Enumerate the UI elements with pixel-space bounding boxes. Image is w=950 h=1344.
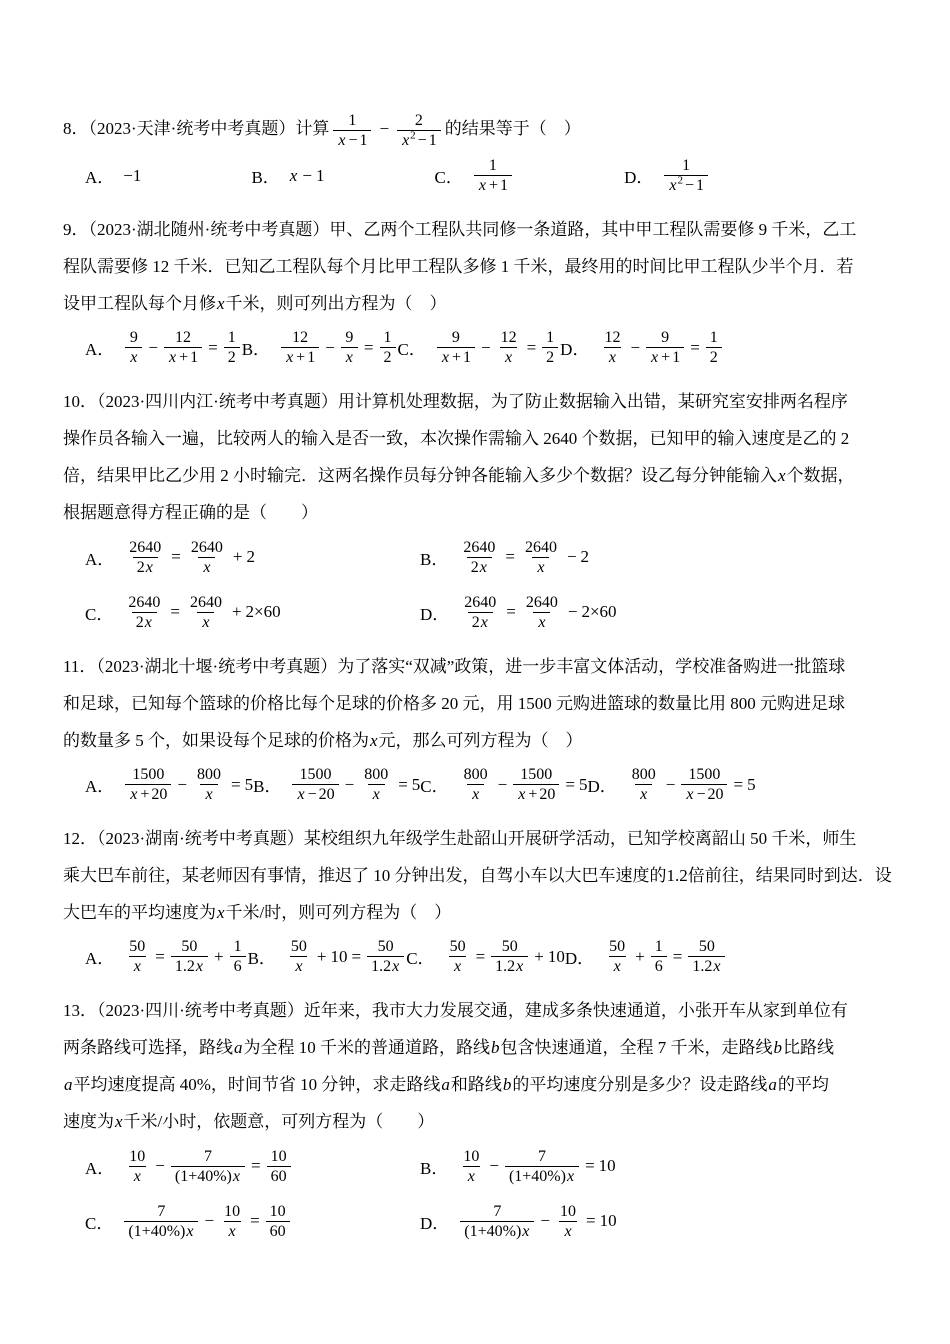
fraction: 800x: [628, 765, 660, 804]
math-variable: x: [294, 957, 303, 976]
question-12-option-d: D．50x+16=501.2x: [565, 937, 728, 976]
text-run: 9: [345, 328, 353, 347]
text-run: 12: [175, 328, 191, 347]
math-variable: x: [202, 558, 211, 577]
math-expression: 12x−9x+1=12: [598, 328, 723, 367]
text-run: 6: [234, 957, 242, 976]
text-run: 1: [316, 166, 325, 186]
math-operator: −: [685, 176, 694, 195]
fraction-denominator: x: [559, 1221, 576, 1241]
text-run: 1: [228, 328, 236, 347]
math-variable: a: [440, 1066, 451, 1103]
fraction-numerator: 1: [678, 156, 694, 175]
text-run: 5: [412, 775, 421, 795]
fraction: 10x: [125, 1147, 149, 1186]
math-expression: 9x−12x+1=12: [123, 328, 241, 367]
question-11-stem-line-2: 和足球，已知每个篮球的价格比每个足球的价格多 20 元，用 1500 元购进篮球…: [63, 685, 900, 722]
text-run: 60: [271, 1167, 287, 1186]
question-9-stem-line-3: 设甲工程队每个月修 x 千米，则可列出方程为（ ）: [63, 285, 900, 322]
math-expression: 1500x+20−800x=5: [123, 765, 253, 804]
fraction-numerator: 7: [153, 1202, 169, 1221]
math-operator: +: [317, 947, 327, 967]
fraction-numerator: 800: [193, 765, 225, 784]
fraction-numerator: 1: [344, 111, 360, 130]
text-run: 2640: [129, 538, 161, 557]
text-run: 11．（2023·湖北十堰·统考中考真题）为了落实“双减”政策，进一步丰富文体活…: [63, 648, 845, 685]
text-run: 10: [600, 1211, 617, 1231]
fraction: 7(1+40%)x: [171, 1147, 245, 1186]
question-9-options: A．9x−12x+1=12B．12x+1−9x=12C．9x+1−12x=12D…: [85, 322, 710, 374]
question-13-option-b: B．10x−7(1+40%)x=10: [420, 1140, 616, 1193]
math-variable: x: [504, 348, 513, 367]
fraction-numerator: 1: [542, 328, 558, 347]
math-variable: x: [133, 957, 142, 976]
fraction: 50x: [287, 937, 311, 976]
question-12-stem-line-2: 乘大巴车前往，某老师因有事情，推迟了 10 分钟出发，自驾小车以大巴车速度的1.…: [63, 857, 900, 894]
question-13-stem-line-1: 13．（2023·四川·统考中考真题）近年来，我市大力发展交通，建成多条快速通道…: [63, 992, 900, 1029]
math-operator: +: [452, 348, 461, 367]
text-run: 2640: [191, 538, 223, 557]
text-run: 1: [307, 348, 315, 367]
fraction: 12: [224, 328, 240, 367]
math-operator: =: [690, 338, 700, 358]
text-run: 2640: [190, 593, 222, 612]
question-8-options: A．−1B．x−1C．1x+1D．1x2−1: [85, 150, 710, 202]
fraction: 1500x−20: [292, 765, 338, 804]
text-run: 7: [157, 1202, 165, 1221]
fraction-numerator: 1500: [296, 765, 336, 784]
text-run: 1.2: [175, 957, 195, 976]
option-label: C．: [406, 944, 434, 969]
text-run: 1: [463, 348, 471, 367]
text-run: 1: [655, 937, 663, 956]
text-run: 20: [151, 785, 167, 804]
math-operator: −: [155, 1156, 165, 1176]
text-run: 大巴车的平均速度为: [63, 894, 216, 931]
math-expression: 10x−7(1+40%)x=10: [457, 1147, 615, 1186]
fraction-denominator: 2x: [132, 612, 157, 632]
fraction: 1x−1: [333, 111, 371, 150]
text-run: 2: [136, 613, 144, 632]
fraction-denominator: x−20: [292, 784, 338, 804]
option-label: B．: [420, 545, 448, 570]
text-run: 20: [539, 785, 555, 804]
text-run: 操作员各输入一遍，比较两人的输入是否一致，本次操作需输入 2640 个数据，已知…: [63, 420, 849, 457]
math-variable: x: [185, 1222, 194, 1241]
fraction-denominator: 2: [542, 347, 558, 367]
text-run: 10: [560, 1202, 576, 1221]
fraction-denominator: x: [197, 612, 214, 632]
text-run: 2640: [128, 593, 160, 612]
fraction: 800x: [193, 765, 225, 804]
fraction: 12: [380, 328, 396, 367]
superscript: 2: [677, 175, 683, 187]
fraction-numerator: 7: [534, 1147, 550, 1166]
math-operator: =: [565, 775, 575, 795]
fraction-numerator: 1: [485, 156, 501, 175]
text-run: 平均速度提高 40%，时间节省 10 分钟，求走路线: [74, 1066, 441, 1103]
fraction: 501.2x: [171, 937, 208, 976]
text-run: 1: [710, 328, 718, 347]
text-run: 50: [502, 937, 518, 956]
fraction-denominator: x+1: [164, 347, 202, 367]
math-expression: −1: [123, 166, 141, 186]
math-operator: +: [635, 947, 645, 967]
math-expression: 26402x=2640x−2×60: [458, 593, 616, 632]
fraction-denominator: x: [290, 956, 307, 976]
math-expression: 800x−1500x−20=5: [626, 765, 756, 804]
math-variable: x: [145, 558, 154, 577]
option-label: D．: [560, 335, 589, 360]
fraction-numerator: 1: [651, 937, 667, 956]
fraction: 10x: [220, 1202, 244, 1241]
text-run: 7: [538, 1147, 546, 1166]
question-10-option-d: D．26402x=2640x−2×60: [420, 586, 617, 639]
text-run: 10: [224, 1202, 240, 1221]
fraction-numerator: 50: [695, 937, 719, 956]
math-variable: x: [521, 1222, 530, 1241]
math-operator: −: [177, 775, 187, 795]
superscript: 2: [410, 129, 416, 141]
fraction: 9x+1: [437, 328, 475, 367]
option-label: D．: [565, 944, 594, 969]
math-operator: −: [148, 338, 158, 358]
math-operator: −: [481, 338, 491, 358]
text-run: 13．（2023·四川·统考中考真题）近年来，我市大力发展交通，建成多条快速通道…: [63, 992, 848, 1029]
math-variable: b: [490, 1029, 501, 1066]
fraction-numerator: 2640: [125, 538, 165, 557]
math-operator: =: [155, 947, 165, 967]
question-13-option-d: D．7(1+40%)x−10x=10: [420, 1195, 617, 1248]
question-9-stem-line-2: 程队需要修 12 千米．已知乙工程队每个月比甲工程队多修 1 千米，最终用的时间…: [63, 248, 900, 285]
question-10-stem-line-2: 操作员各输入一遍，比较两人的输入是否一致，本次操作需输入 2640 个数据，已知…: [63, 420, 900, 457]
fraction-denominator: x+1: [474, 175, 512, 195]
math-operator: =: [673, 947, 683, 967]
question-10: 10．（2023·四川内江·统考中考真题）用计算机处理数据，为了防止数据输入出错…: [63, 383, 900, 639]
fraction-numerator: 2640: [521, 538, 561, 557]
option-label: A．: [85, 545, 114, 570]
math-operator: −: [379, 110, 389, 147]
text-run: 1500: [132, 765, 164, 784]
text-run: 1: [546, 328, 554, 347]
math-operator: =: [231, 775, 241, 795]
fraction-numerator: 1: [380, 328, 396, 347]
math-expression: 1x2−1: [662, 156, 710, 195]
text-run: (1+40%): [128, 1222, 185, 1241]
fraction-denominator: x: [129, 956, 146, 976]
text-run: 800: [464, 765, 488, 784]
text-run: 10: [270, 1202, 286, 1221]
text-run: 速度为: [63, 1103, 114, 1140]
text-run: 倍，结果甲比乙少用 2 小时输完．这两名操作员每分钟各能输入多少个数据？设乙每分…: [63, 457, 777, 494]
math-operator: =: [251, 1156, 261, 1176]
fraction-denominator: x: [635, 784, 652, 804]
fraction-denominator: x+20: [125, 784, 171, 804]
text-run: 10．（2023·四川内江·统考中考真题）用计算机处理数据，为了防止数据输入出错…: [63, 383, 848, 420]
math-variable: x: [369, 722, 379, 759]
question-10-stem-line-4: 根据题意得方程正确的是（ ）: [63, 494, 900, 531]
fraction: 1500x−20: [681, 765, 727, 804]
text-run: 2: [228, 348, 236, 367]
question-10-option-a: A．26402x=2640x+2: [85, 531, 255, 584]
text-run: 2: [546, 348, 554, 367]
text-run: 1: [190, 348, 198, 367]
fraction-denominator: 1.2x: [171, 956, 208, 976]
fraction: 26402x: [459, 538, 499, 577]
question-11-option-a: A．1500x+20−800x=5: [85, 765, 253, 804]
option-label: A．: [85, 1154, 114, 1179]
fraction-denominator: 1.2x: [491, 956, 528, 976]
math-variable: x: [133, 1167, 142, 1186]
text-run: 10: [271, 1147, 287, 1166]
math-variable: x: [712, 957, 721, 976]
fraction-numerator: 7: [200, 1147, 216, 1166]
question-10-option-b: B．26402x=2640x−2: [420, 531, 589, 584]
option-label: B．: [251, 163, 279, 188]
math-variable: x: [114, 1103, 124, 1140]
text-run: 9．（2023·湖北随州·统考中考真题）甲、乙两个工程队共同修一条道路，其中甲工…: [63, 211, 856, 248]
question-8-option-c: C．1x+1: [435, 156, 514, 195]
text-run: 2: [137, 558, 145, 577]
math-operator: +: [489, 176, 498, 195]
text-run: 1.2: [692, 957, 712, 976]
fraction: 10x: [459, 1147, 483, 1186]
question-13-stem-line-2: 两条路线可选择，路线 a 为全程 10 千米的普通道路，路线 b 包含快速通道，…: [63, 1029, 900, 1066]
text-run: 9: [661, 328, 669, 347]
math-variable: x: [144, 613, 153, 632]
option-label: A．: [85, 944, 114, 969]
option-label: A．: [85, 335, 114, 360]
fraction: 16: [230, 937, 246, 976]
question-8-option-d: D．1x2−1: [624, 156, 710, 195]
math-operator: =: [398, 775, 408, 795]
text-run: 5: [245, 775, 254, 795]
question-9: 9．（2023·湖北随州·统考中考真题）甲、乙两个工程队共同修一条道路，其中甲工…: [63, 211, 900, 374]
text-run: 千米/小时，依题意，可列方程为（ ）: [124, 1103, 435, 1140]
math-variable: a: [233, 1029, 244, 1066]
fraction: 7(1+40%)x: [124, 1202, 198, 1241]
math-operator: =: [527, 338, 537, 358]
question-13-option-c: C．7(1+40%)x−10x=1060: [85, 1195, 292, 1248]
math-expression: 26402x=2640x+2: [123, 538, 255, 577]
math-operator: =: [170, 602, 180, 622]
fraction-numerator: 1: [224, 328, 240, 347]
math-expression: 10x−7(1+40%)x=1060: [123, 1147, 292, 1186]
math-variable: x: [453, 957, 462, 976]
math-operator: −: [204, 1211, 214, 1231]
math-variable: x: [650, 348, 659, 367]
math-expression: 50x=501.2x+10: [444, 937, 565, 976]
math-operator: −: [308, 785, 317, 804]
question-8-option-a: A．−1: [85, 163, 141, 188]
fraction-denominator: 6: [230, 956, 246, 976]
text-run: 5: [747, 775, 756, 795]
fraction: 1500x+20: [125, 765, 171, 804]
fraction-denominator: 2: [224, 347, 240, 367]
math-variable: x: [479, 558, 488, 577]
text-run: 1.2: [495, 957, 515, 976]
text-run: 12: [604, 328, 620, 347]
text-run: 程队需要修 12 千米．已知乙工程队每个月比甲工程队多修 1 千米，最终用的时间…: [63, 248, 854, 285]
text-run: 10: [548, 947, 565, 967]
fraction: 50x: [605, 937, 629, 976]
fraction-numerator: 7: [489, 1202, 505, 1221]
fraction: 12x: [600, 328, 624, 367]
text-run: 1: [489, 156, 497, 175]
fraction-denominator: 60: [266, 1221, 290, 1241]
math-expression: 50x=501.2x+16: [123, 937, 247, 976]
fraction-denominator: x: [198, 557, 215, 577]
question-12-option-a: A．50x=501.2x+16: [85, 937, 248, 976]
math-variable: x: [536, 558, 545, 577]
text-run: 50: [181, 937, 197, 956]
math-operator: +: [296, 348, 305, 367]
math-operator: =: [476, 947, 486, 967]
question-13: 13．（2023·四川·统考中考真题）近年来，我市大力发展交通，建成多条快速通道…: [63, 992, 900, 1248]
math-operator: =: [733, 775, 743, 795]
fraction-denominator: (1+40%)x: [460, 1221, 534, 1241]
fraction-numerator: 50: [177, 937, 201, 956]
math-operator: −: [345, 775, 355, 795]
fraction-denominator: 2: [706, 347, 722, 367]
math-expression: 1500x−20−800x=5: [290, 765, 420, 804]
text-run: 1500: [300, 765, 332, 784]
fraction: 16: [651, 937, 667, 976]
text-run: 的结果等于（ ）: [445, 110, 581, 147]
fraction: 2640x: [521, 538, 561, 577]
text-run: 2: [710, 348, 718, 367]
fraction: 12x+1: [164, 328, 202, 367]
question-13-options: A．10x−7(1+40%)x=1060B．10x−7(1+40%)x=10C．…: [85, 1140, 900, 1248]
fraction-numerator: 2640: [124, 593, 164, 612]
math-variable: x: [296, 785, 305, 804]
math-expression: 800x−1500x+20=5: [458, 765, 588, 804]
option-label: D．: [624, 163, 653, 188]
option-label: C．: [85, 600, 113, 625]
fraction-numerator: 10: [267, 1147, 291, 1166]
text-run: 的平均: [778, 1066, 829, 1103]
text-run: 800: [632, 765, 656, 784]
fraction-numerator: 50: [125, 937, 149, 956]
option-label: D．: [420, 600, 449, 625]
fraction-denominator: x: [463, 1166, 480, 1186]
question-10-options: A．26402x=2640x+2B．26402x=2640x−2C．26402x…: [85, 531, 900, 639]
option-label: A．: [85, 163, 114, 188]
text-run: 设甲工程队每个月修: [63, 285, 216, 322]
fraction-denominator: x: [125, 347, 142, 367]
text-run: 50: [291, 937, 307, 956]
math-variable: x: [232, 1167, 241, 1186]
math-operator: =: [586, 1211, 596, 1231]
fraction-numerator: 10: [266, 1202, 290, 1221]
math-variable: x: [195, 957, 204, 976]
math-variable: x: [204, 785, 213, 804]
math-operator: =: [585, 1156, 595, 1176]
fraction-denominator: x: [533, 612, 550, 632]
text-run: 50: [378, 937, 394, 956]
fraction-numerator: 2: [411, 111, 427, 130]
fraction: 800x: [360, 765, 392, 804]
question-9-option-d: D．12x−9x+1=12: [560, 328, 724, 367]
fraction-denominator: x: [467, 784, 484, 804]
fraction: 1x2−1: [664, 156, 708, 195]
question-12-stem-line-1: 12．（2023·湖南·统考中考真题）某校组织九年级学生赴韶山开展研学活动，已知…: [63, 820, 900, 857]
option-label: B．: [248, 944, 276, 969]
question-13-stem-line-3: a 平均速度提高 40%，时间节省 10 分钟，求走路线 a 和路线 b 的平均…: [63, 1066, 900, 1103]
math-variable: x: [515, 957, 524, 976]
question-11-options: A．1500x+20−800x=5B．1500x−20−800x=5C．800x…: [85, 759, 710, 811]
question-9-stem-line-1: 9．（2023·湖北随州·统考中考真题）甲、乙两个工程队共同修一条道路，其中甲工…: [63, 211, 900, 248]
math-variable: a: [767, 1066, 778, 1103]
math-variable: x: [337, 131, 346, 150]
text-run: 9: [452, 328, 460, 347]
question-10-stem-line-3: 倍，结果甲比乙少用 2 小时输完．这两名操作员每分钟各能输入多少个数据？设乙每分…: [63, 457, 900, 494]
text-run: 10: [463, 1147, 479, 1166]
fraction: 9x: [125, 328, 142, 367]
fraction-denominator: x2−1: [397, 130, 441, 150]
math-operator: −: [540, 1211, 550, 1231]
fraction-numerator: 50: [287, 937, 311, 956]
question-9-option-c: C．9x+1−12x=12: [398, 328, 561, 367]
text-run: 1: [234, 937, 242, 956]
text-run: 和路线: [451, 1066, 502, 1103]
fraction: 12x+1: [281, 328, 319, 367]
math-variable: x: [639, 785, 648, 804]
text-run: 7: [204, 1147, 212, 1166]
math-operator: =: [171, 547, 181, 567]
question-12-options: A．50x=501.2x+16B．50x+10=501.2xC．50x=501.…: [85, 931, 710, 983]
math-variable: x: [129, 785, 138, 804]
fraction-numerator: 10: [125, 1147, 149, 1166]
text-run: 2: [384, 348, 392, 367]
text-run: 1: [682, 156, 690, 175]
fraction-denominator: 2x: [467, 557, 492, 577]
text-run: 12．（2023·湖南·统考中考真题）某校组织九年级学生赴韶山开展研学活动，已知…: [63, 820, 856, 857]
math-variable: x: [478, 176, 487, 195]
fraction-denominator: x−1: [333, 130, 371, 150]
fraction-denominator: x+20: [513, 784, 559, 804]
fraction-numerator: 9: [657, 328, 673, 347]
question-9-option-b: B．12x+1−9x=12: [242, 328, 398, 367]
fraction-numerator: 2640: [186, 593, 226, 612]
text-run: 1: [359, 131, 367, 150]
fraction-numerator: 50: [446, 937, 470, 956]
fraction-numerator: 800: [460, 765, 492, 784]
text-run: (1+40%): [509, 1167, 566, 1186]
math-expression: 12x+1−9x=12: [279, 328, 397, 367]
text-run: 20: [319, 785, 335, 804]
math-operator: =: [352, 947, 362, 967]
fraction-denominator: x+1: [281, 347, 319, 367]
text-run: 2: [581, 547, 590, 567]
text-run: 10: [599, 1156, 616, 1176]
fraction-denominator: 6: [651, 956, 667, 976]
text-run: 2640: [526, 593, 558, 612]
text-run: 的数量多 5 个，如果设每个足球的价格为: [63, 722, 369, 759]
fraction-denominator: 2x: [133, 557, 158, 577]
question-11-stem-line-3: 的数量多 5 个，如果设每个足球的价格为 x 元，那么可列方程为（ ）: [63, 722, 900, 759]
question-11-option-b: B．1500x−20−800x=5: [253, 765, 420, 804]
question-8-option-b: B．x−1: [251, 163, 324, 188]
math-operator: =: [506, 602, 516, 622]
fraction: 12: [542, 328, 558, 367]
text-run: 千米，则可列出方程为（ ）: [226, 285, 447, 322]
fraction: 2640x: [522, 593, 562, 632]
fraction-numerator: 800: [628, 765, 660, 784]
fraction-denominator: x: [609, 956, 626, 976]
math-operator: =: [250, 1211, 260, 1231]
text-run: 2640: [464, 593, 496, 612]
